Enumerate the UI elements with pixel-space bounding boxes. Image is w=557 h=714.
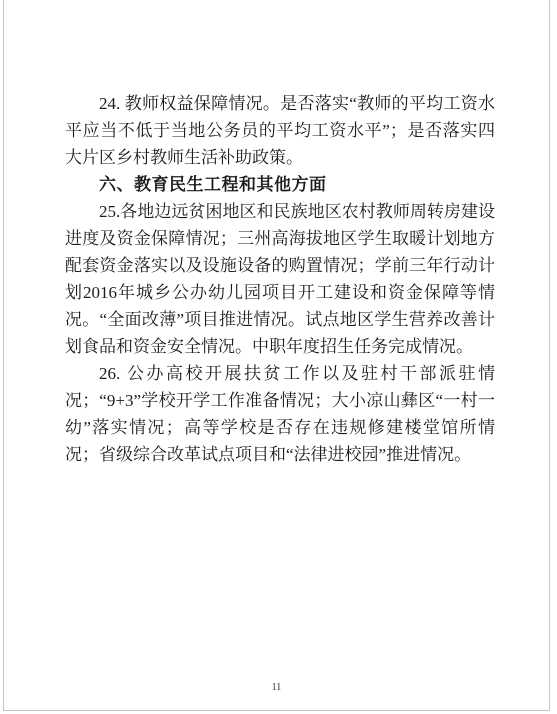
- paragraph-item-26: 26. 公办高校开展扶贫工作以及驻村干部派驻情况；“9+3”学校开学工作准备情况…: [65, 360, 495, 468]
- paragraph-item-24: 24. 教师权益保障情况。是否落实“教师的平均工资水平应当不低于当地公务员的平均…: [65, 90, 495, 171]
- document-page: 24. 教师权益保障情况。是否落实“教师的平均工资水平应当不低于当地公务员的平均…: [3, 0, 550, 711]
- section-heading-6: 六、教育民生工程和其他方面: [65, 171, 495, 198]
- page-number: 11: [4, 682, 549, 693]
- paragraph-item-25: 25.各地边远贫困地区和民族地区农村教师周转房建设进度及资金保障情况；三州高海拔…: [65, 198, 495, 360]
- page-content: 24. 教师权益保障情况。是否落实“教师的平均工资水平应当不低于当地公务员的平均…: [65, 90, 495, 468]
